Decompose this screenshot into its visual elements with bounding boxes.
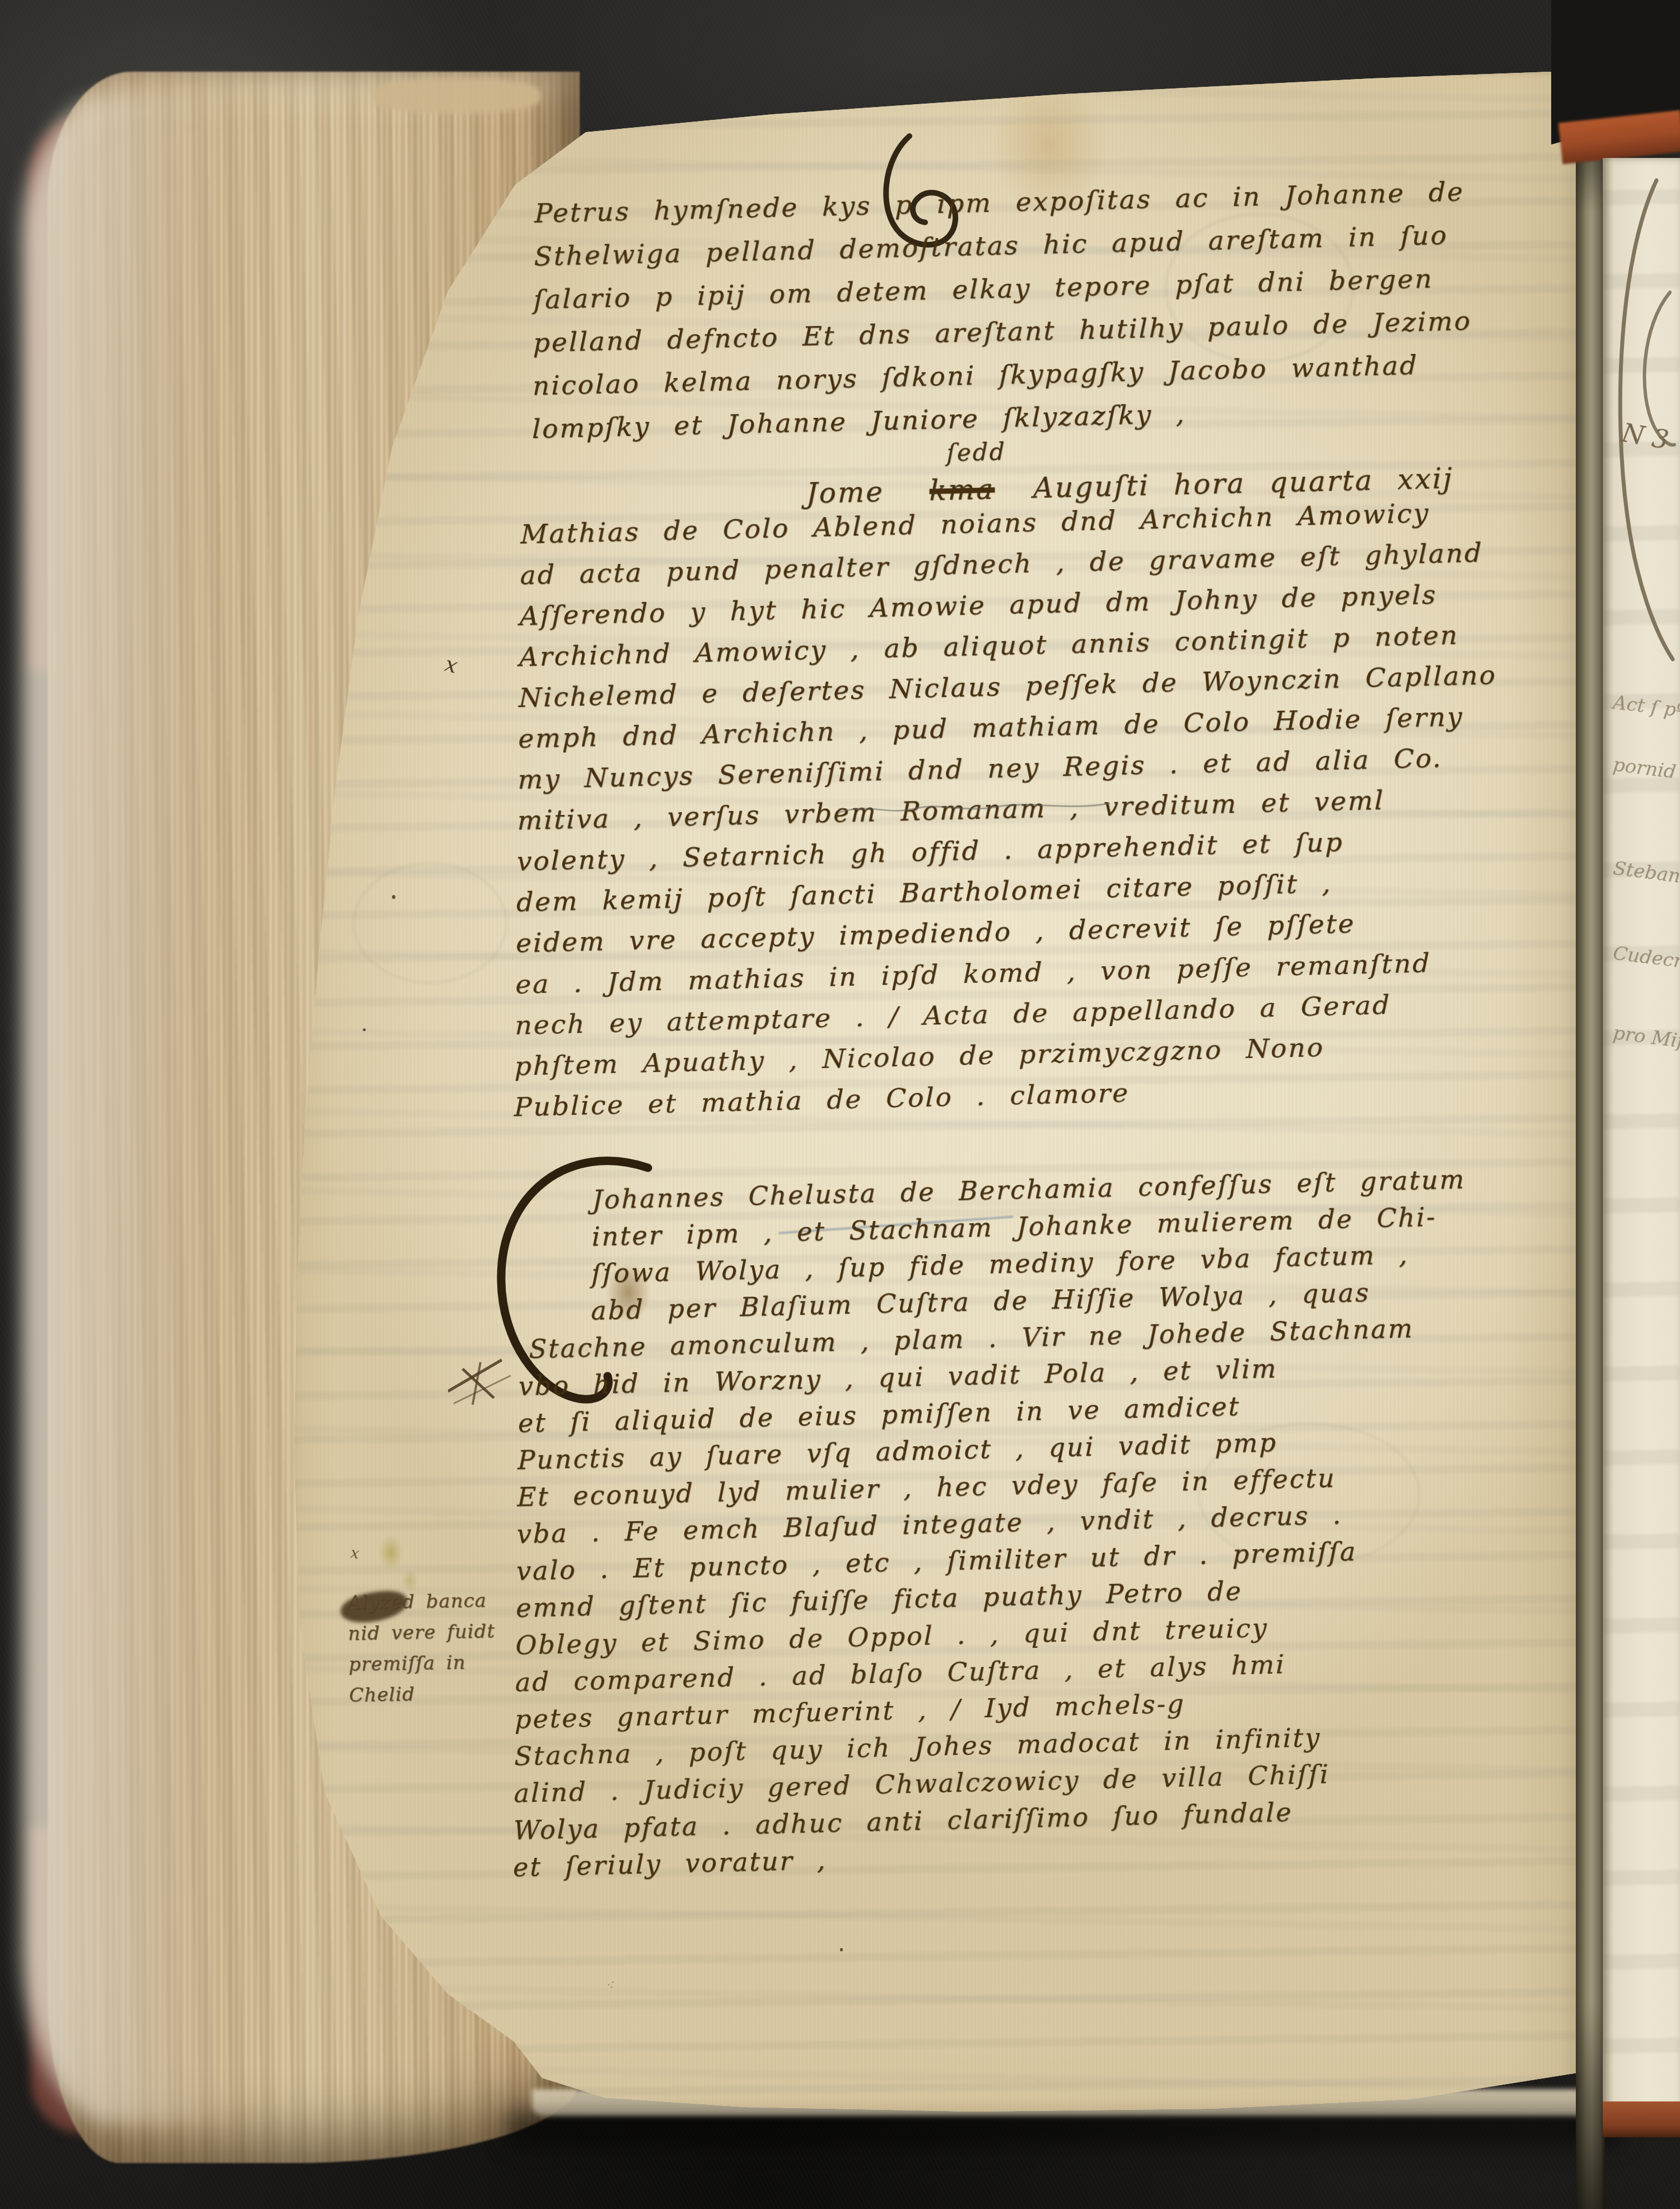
margin-note-line: nid vere fuidt bbox=[348, 1616, 496, 1649]
heading-word: Jome bbox=[806, 476, 884, 510]
page-edge-stack-blur bbox=[22, 95, 258, 2123]
book-gutter bbox=[1576, 139, 1605, 2209]
heading-superscript: ſedd bbox=[946, 438, 1006, 467]
margin-note-line: premiſſa in bbox=[348, 1647, 496, 1680]
paragraph-1: Petrus hymſnede kys p ipm expoſitas ac i… bbox=[532, 170, 1473, 451]
gray-squiggle-mark bbox=[834, 795, 1114, 820]
manuscript-page: Petrus hymſnede kys p ipm expoſitas ac i… bbox=[269, 62, 1585, 2123]
margin-star-mark bbox=[448, 1357, 515, 1410]
red-cover-edge-bottom bbox=[1603, 2101, 1680, 2137]
manuscript-photograph: Petrus hymſnede kys p ipm expoſitas ac i… bbox=[0, 0, 1680, 2209]
margin-note-line: Alyzed banca bbox=[347, 1585, 495, 1619]
page-edge-chip bbox=[372, 78, 540, 113]
showthrough-curve bbox=[353, 863, 507, 984]
paragraph-3: Johannes Chelusta de Berchamia confeſſus… bbox=[513, 1161, 1466, 1885]
page-bottom-shadow bbox=[507, 2113, 1621, 2145]
facing-page-sliver: N 3 Act ſ pº pornid Stebanus d Cudecraji… bbox=[1603, 158, 1680, 2108]
dust-speck bbox=[840, 1948, 843, 1951]
dust-speck bbox=[392, 895, 395, 899]
struck-word: kma bbox=[929, 473, 995, 507]
margin-note: Alyzed banca nid vere fuidt premiſſa in … bbox=[347, 1585, 496, 1711]
margin-note-line: Chelid bbox=[349, 1677, 497, 1711]
bottom-scribble-mark: ⁖ bbox=[605, 1977, 618, 1994]
dust-speck bbox=[363, 1028, 366, 1031]
